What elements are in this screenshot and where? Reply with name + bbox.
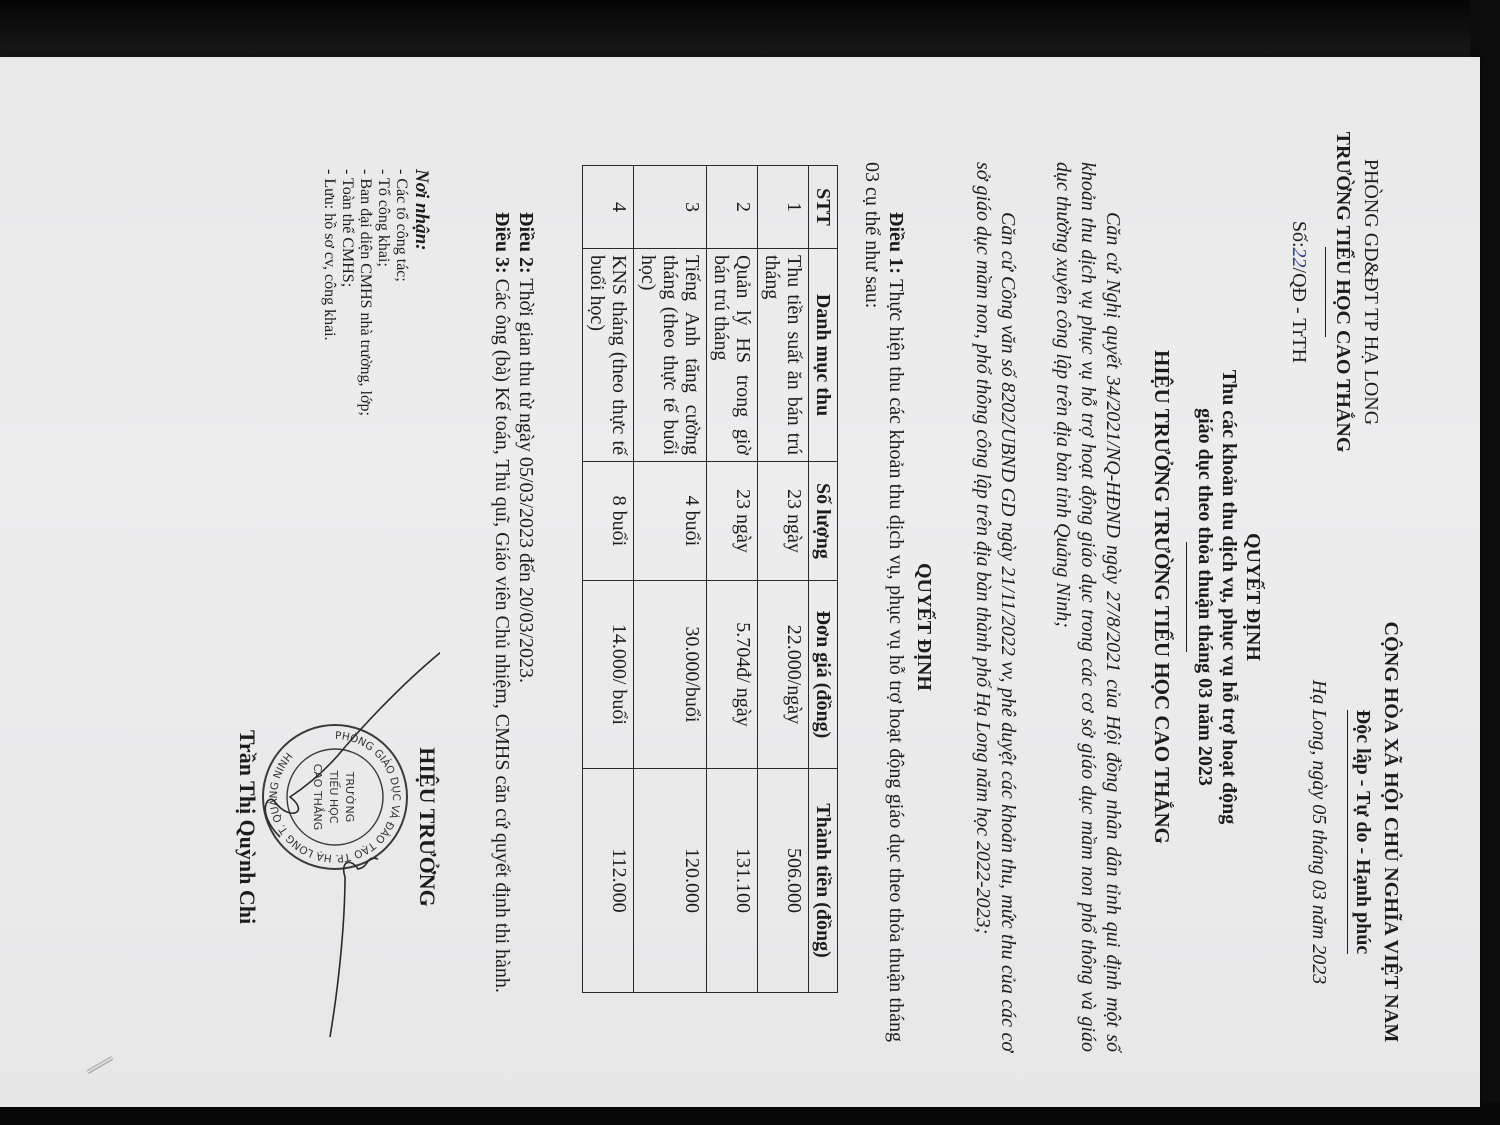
preamble-paragraph-1: Căn cứ Nghị quyết 34/2021/NQ-HĐND ngày 2… (1050, 162, 1125, 1052)
article-3-label: Điều 3: (491, 212, 513, 274)
item-cell: Quản lý HS trong giờ bán trú tháng (707, 249, 758, 462)
unit-price-cell: 30.000/buổi (634, 580, 707, 768)
quantity-cell: 23 ngày (707, 462, 758, 581)
article-2-label: Điều 2: (515, 212, 537, 274)
recipients-list: Nơi nhận: - Các tổ công tác; - Tổ công k… (320, 169, 430, 589)
item-cell: Tiếng Anh tăng cường tháng (theo thực tế… (634, 249, 707, 462)
staple-icon (86, 1056, 114, 1074)
document-number-prefix: Số: (1288, 221, 1310, 248)
document-number: Số:22/QĐ - TrTH (1285, 112, 1313, 472)
national-header: CỘNG HÒA XÃ HỘI CHỦ NGHĨA VIỆT NAM Độc l… (1305, 562, 1405, 1102)
fee-table: STT Danh mục thu Số lượng Đơn giá (đồng)… (582, 165, 838, 993)
unit-price-cell: 14.000/ buổi (583, 580, 634, 768)
school-name: TRƯỜNG TIỂU HỌC CAO THẮNG (1329, 112, 1357, 472)
item-cell: KNS tháng (theo thực tế buổi học) (583, 249, 634, 462)
total-cell: 131.100 (707, 769, 758, 993)
national-motto: Độc lập - Tự do - Hạnh phúc (1347, 710, 1377, 954)
list-item: - Tổ công khai; (374, 169, 392, 589)
department-name: PHÒNG GD&ĐT TP HẠ LONG (1357, 112, 1385, 472)
issuer-header: PHÒNG GD&ĐT TP HẠ LONG TRƯỜNG TIỂU HỌC C… (1285, 112, 1385, 472)
document-number-suffix: /QĐ - TrTH (1288, 268, 1310, 364)
list-item: - Ban đại diện CMHS nhà trường, lớp; (356, 169, 374, 589)
svg-text:CAO THẮNG: CAO THẮNG (311, 764, 325, 830)
subject-line-2: giáo dục theo thỏa thuận tháng 03 năm 20… (1193, 217, 1217, 977)
column-header: STT (809, 166, 838, 249)
stt-cell: 4 (583, 166, 634, 249)
quantity-cell: 23 ngày (758, 462, 809, 581)
stt-cell: 1 (758, 166, 809, 249)
unit-price-cell: 22.000/ngày (758, 580, 809, 768)
list-item: - Các tổ công tác; (392, 169, 410, 589)
unit-price-cell: 5.704đ/ ngày (707, 580, 758, 768)
quantity-cell: 8 buổi (583, 462, 634, 581)
quantity-cell: 4 buổi (634, 462, 707, 581)
signer-name: Trần Thị Quỳnh Chi (234, 597, 260, 1057)
total-cell: 506.000 (758, 769, 809, 993)
item-cell: Thu tiền suất ăn bán trú tháng (758, 249, 809, 462)
list-item: - Lưu: hồ sơ cv, công khai. (320, 169, 338, 589)
document-date: Hạ Long, ngày 05 tháng 03 năm 2023 (1305, 562, 1333, 1102)
column-header: Đơn giá (đồng) (809, 580, 838, 768)
article-2-text: Thời gian thu từ ngày 05/03/2023 đến 20/… (515, 274, 537, 683)
official-stamp-icon: PHÒNG GIÁO DỤC VÀ ĐÀO TẠO TP. HẠ LONG T.… (260, 722, 410, 872)
decision-heading: QUYẾT ĐỊNH (912, 177, 935, 1077)
article-2: Điều 2: Thời gian thu từ ngày 05/03/2023… (514, 162, 538, 1062)
authority-title: HIỆU TRƯỞNG TRƯỜNG TIỂU HỌC CAO THẮNG (1150, 217, 1174, 977)
column-header: Số lượng (809, 462, 838, 581)
header-divider (1325, 247, 1326, 337)
title-divider (1186, 542, 1187, 652)
nation-title: CỘNG HÒA XÃ HỘI CHỦ NGHĨA VIỆT NAM (1377, 562, 1405, 1102)
svg-text:TIỂU HỌC: TIỂU HỌC (327, 769, 341, 823)
stt-cell: 2 (707, 166, 758, 249)
table-row: 3Tiếng Anh tăng cường tháng (theo thực t… (634, 166, 707, 993)
table-row: 1Thu tiền suất ăn bán trú tháng23 ngày22… (758, 166, 809, 993)
article-1-text: Thực hiện thu các khoản thu dịch vụ, phụ… (861, 162, 907, 1042)
column-header: Danh mục thu (809, 249, 838, 462)
column-header: Thành tiền (đồng) (809, 769, 838, 993)
recipients-title: Nơi nhận: (412, 169, 430, 589)
table-row: 4KNS tháng (theo thực tế buổi học)8 buổi… (583, 166, 634, 993)
stt-cell: 3 (634, 166, 707, 249)
article-1: Điều 1: Thực hiện thu các khoản thu dịch… (860, 162, 908, 1042)
document-type: QUYẾT ĐỊNH (1241, 217, 1265, 977)
document-page: PHÒNG GD&ĐT TP HẠ LONG TRƯỜNG TIỂU HỌC C… (0, 57, 1480, 1107)
article-1-label: Điều 1: (885, 212, 907, 274)
dark-background-top (0, 0, 1500, 60)
total-cell: 112.000 (583, 769, 634, 993)
list-item: - Toàn thể CMHS; (338, 169, 356, 589)
subject-line-1: Thu các khoản thu dịch vụ, phục vụ hỗ tr… (1217, 217, 1241, 977)
table-header-row: STT Danh mục thu Số lượng Đơn giá (đồng)… (809, 166, 838, 993)
preamble-paragraph-2: Căn cứ Công văn số 8202/UBND GD ngày 21/… (970, 162, 1020, 1052)
document-number-handwritten: 22 (1288, 248, 1310, 268)
signature-block: HIỆU TRƯỞNG PHÒNG GIÁO DỤC VÀ ĐÀO TẠO TP… (414, 597, 440, 1057)
article-3-text: Các ông (bà) Kế toán, Thủ quĩ, Giáo viên… (491, 274, 513, 993)
table-row: 2Quản lý HS trong giờ bán trú tháng23 ng… (707, 166, 758, 993)
document-title-block: QUYẾT ĐỊNH Thu các khoản thu dịch vụ, ph… (1150, 217, 1265, 977)
total-cell: 120.000 (634, 769, 707, 993)
article-3: Điều 3: Các ông (bà) Kế toán, Thủ quĩ, G… (490, 162, 514, 1052)
signer-role: HIỆU TRƯỞNG (414, 597, 440, 1057)
svg-text:TRƯỜNG: TRƯỜNG (343, 771, 356, 823)
